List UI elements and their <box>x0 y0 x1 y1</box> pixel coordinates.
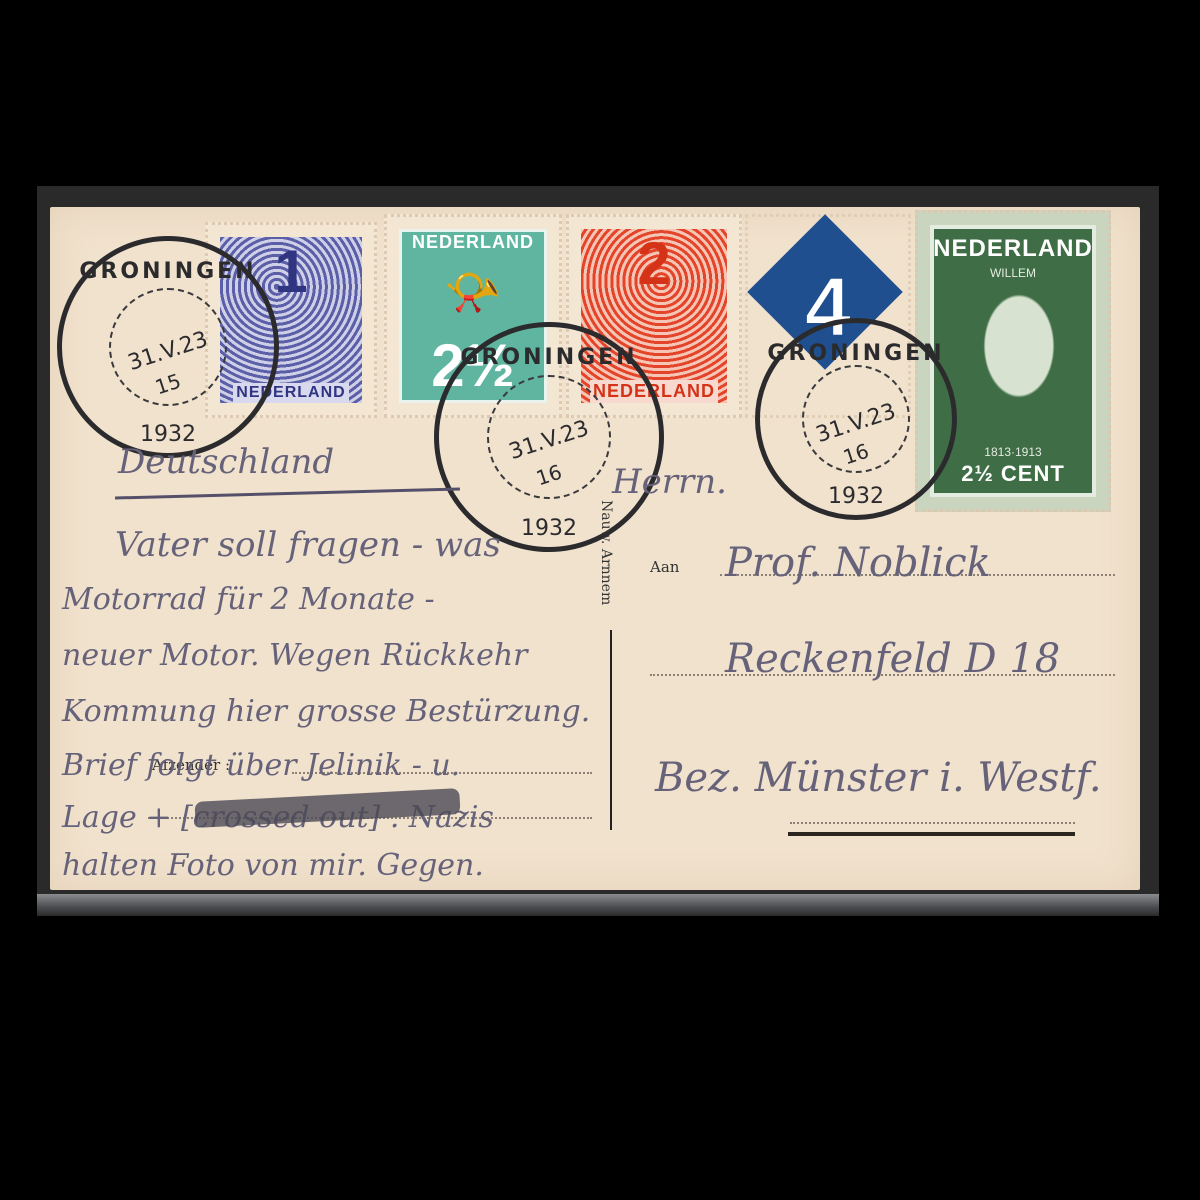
message-line: neuer Motor. Wegen Rückkehr <box>62 638 527 673</box>
stamp-value: 2 <box>637 229 670 298</box>
postmark-year: 1932 <box>760 484 952 509</box>
address-name: Prof. Noblick <box>725 540 991 586</box>
stamp-years: 1813·1913 <box>984 445 1041 459</box>
address-underline <box>788 832 1075 836</box>
address-street: Reckenfeld D 18 <box>725 636 1060 682</box>
posthorn-icon: 📯 <box>444 265 501 320</box>
postmark-groningen-2: GRONINGEN 31.V.23 16 1932 <box>434 322 664 552</box>
postmark-city: GRONINGEN <box>760 341 952 366</box>
publisher-imprint: Nauw. Arnnem <box>598 500 614 605</box>
stamp-caption: WILLEM <box>990 266 1036 280</box>
stamp-value: 2½ CENT <box>961 461 1065 487</box>
message-line: Brief folgt über Jelinik - u. <box>62 748 460 783</box>
postmark-groningen-1: GRONINGEN 31.V.23 15 1932 <box>57 236 279 458</box>
message-line: Motorrad für 2 Monate - <box>62 582 435 617</box>
postmark-city: GRONINGEN <box>62 259 274 284</box>
stamp-country: NEDERLAND <box>933 235 1093 263</box>
portrait-icon <box>953 282 1073 442</box>
address-city: Bez. Münster i. Westf. <box>655 755 1102 801</box>
stamp-value: 1 <box>274 237 307 306</box>
postmark-city: GRONINGEN <box>439 345 659 370</box>
message-line: Vater soll fragen - was <box>115 525 501 565</box>
card-divider-line <box>610 630 612 830</box>
postmark-groningen-3: GRONINGEN 31.V.23 16 1932 <box>755 318 957 520</box>
handwritten-country: Deutschland <box>118 442 334 482</box>
message-line: halten Foto von mir. Gegen. <box>62 848 484 883</box>
address-salutation: Herrn. <box>612 462 727 502</box>
sleeve-edge <box>37 894 1159 916</box>
stamp-country: NEDERLAND <box>412 232 534 253</box>
message-line: Kommung hier grosse Bestürzung. <box>62 694 590 729</box>
address-line-3 <box>790 822 1075 824</box>
recipient-label: Aan <box>650 558 679 576</box>
